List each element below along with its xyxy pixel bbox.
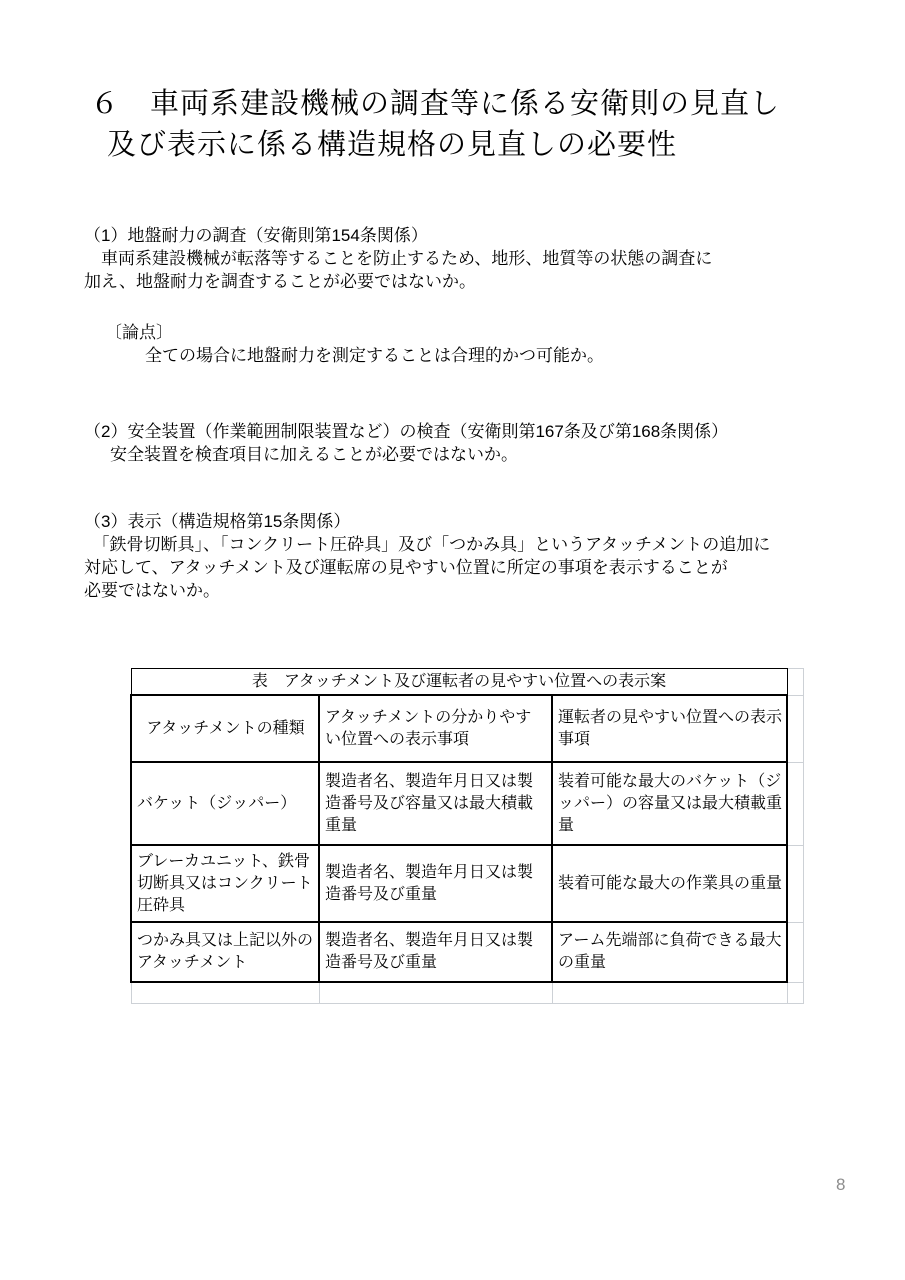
table-row-bucket: バケット（ジッパー） 製造者名、製造年月日又は製造番号及び容量又は最大積載重量 … xyxy=(131,762,803,845)
grid-ghost-cell xyxy=(787,845,803,922)
grid-ghost-cell xyxy=(787,695,803,762)
section-1-body-line-1: 車両系建設機械が転落等することを防止するため、地形、地質等の状態の調査に xyxy=(84,247,844,270)
section-2-heading: （2）安全装置（作業範囲制限装置など）の検査（安衛則第167条及び第168条関係… xyxy=(84,420,844,443)
section-3-body-line-1: 「鉄骨切断具」、「コンクリート圧砕具」及び「つかみ具」というアタッチメントの追加… xyxy=(84,533,844,556)
section-3-body-line-3: 必要ではないか。 xyxy=(84,579,844,602)
page-title: ６ 車両系建設機械の調査等に係る安衛則の見直し 及び表示に係る構造規格の見直しの… xyxy=(90,84,780,166)
title-line-1: ６ 車両系建設機械の調査等に係る安衛則の見直し xyxy=(90,84,780,125)
table-row-breaker-unit: ブレーカユニット、鉄骨切断具又はコンクリート圧砕具 製造者名、製造年月日又は製造… xyxy=(131,845,803,922)
discussion-point-text: 全ての場合に地盤耐力を測定することは合理的かつ可能か。 xyxy=(145,344,844,367)
grid-ghost-cell xyxy=(319,982,552,1004)
grid-ghost-cell xyxy=(552,982,787,1004)
table-caption-row: 表 アタッチメント及び運転者の見やすい位置への表示案 xyxy=(131,669,803,696)
grid-ghost-cell xyxy=(787,762,803,845)
col-header-attachment-visible-position: アタッチメントの分かりやすい位置への表示事項 xyxy=(319,695,552,762)
section-1-body-line-2: 加え、地盤耐力を調査することが必要ではないか。 xyxy=(84,270,844,293)
grid-ghost-cell xyxy=(131,982,319,1004)
section-2-body-line-1: 安全装置を検査項目に加えることが必要ではないか。 xyxy=(84,443,844,466)
document-page: ６ 車両系建設機械の調査等に係る安衛則の見直し 及び表示に係る構造規格の見直しの… xyxy=(0,0,905,1280)
table-row-grapple: つかみ具又は上記以外のアタッチメント 製造者名、製造年月日又は製造番号及び重量 … xyxy=(131,922,803,982)
cell-attachment-display-items: 製造者名、製造年月日又は製造番号及び重量 xyxy=(319,922,552,982)
discussion-point-label: 〔論点〕 xyxy=(105,321,844,344)
section-3-heading: （3）表示（構造規格第15条関係） xyxy=(84,510,844,533)
cell-driver-display-items: アーム先端部に負荷できる最大の重量 xyxy=(552,922,787,982)
cell-attachment-display-items: 製造者名、製造年月日又は製造番号及び容量又は最大積載重量 xyxy=(319,762,552,845)
table-header-row: アタッチメントの種類 アタッチメントの分かりやすい位置への表示事項 運転者の見や… xyxy=(131,695,803,762)
cell-attachment-display-items: 製造者名、製造年月日又は製造番号及び重量 xyxy=(319,845,552,922)
cell-driver-display-items: 装着可能な最大のバケット（ジッパー）の容量又は最大積載重量 xyxy=(552,762,787,845)
section-3-body-line-2: 対応して、アタッチメント及び運転席の見やすい位置に所定の事項を表示することが xyxy=(84,556,844,579)
cell-attachment-type: ブレーカユニット、鉄骨切断具又はコンクリート圧砕具 xyxy=(131,845,319,922)
section-ground-bearing-capacity-survey: （1）地盤耐力の調査（安衛則第154条関係） 車両系建設機械が転落等することを防… xyxy=(84,224,844,367)
col-header-attachment-type: アタッチメントの種類 xyxy=(131,695,319,762)
attachment-display-proposal-table: 表 アタッチメント及び運転者の見やすい位置への表示案 アタッチメントの種類 アタ… xyxy=(130,668,804,1004)
cell-attachment-type: バケット（ジッパー） xyxy=(131,762,319,845)
table-ghost-row xyxy=(131,982,803,1004)
grid-ghost-cell xyxy=(787,982,803,1004)
grid-ghost-cell xyxy=(787,922,803,982)
cell-driver-display-items: 装着可能な最大の作業具の重量 xyxy=(552,845,787,922)
section-1-heading: （1）地盤耐力の調査（安衛則第154条関係） xyxy=(84,224,844,247)
page-number: 8 xyxy=(836,1175,845,1195)
table-caption: 表 アタッチメント及び運転者の見やすい位置への表示案 xyxy=(131,669,787,696)
section-safety-device-inspection: （2）安全装置（作業範囲制限装置など）の検査（安衛則第167条及び第168条関係… xyxy=(84,420,844,466)
section-labeling: （3）表示（構造規格第15条関係） 「鉄骨切断具」、「コンクリート圧砕具」及び「… xyxy=(84,510,844,602)
grid-ghost-cell xyxy=(787,669,803,696)
title-line-2: 及び表示に係る構造規格の見直しの必要性 xyxy=(107,125,780,166)
cell-attachment-type: つかみ具又は上記以外のアタッチメント xyxy=(131,922,319,982)
col-header-driver-visible-position: 運転者の見やすい位置への表示事項 xyxy=(552,695,787,762)
